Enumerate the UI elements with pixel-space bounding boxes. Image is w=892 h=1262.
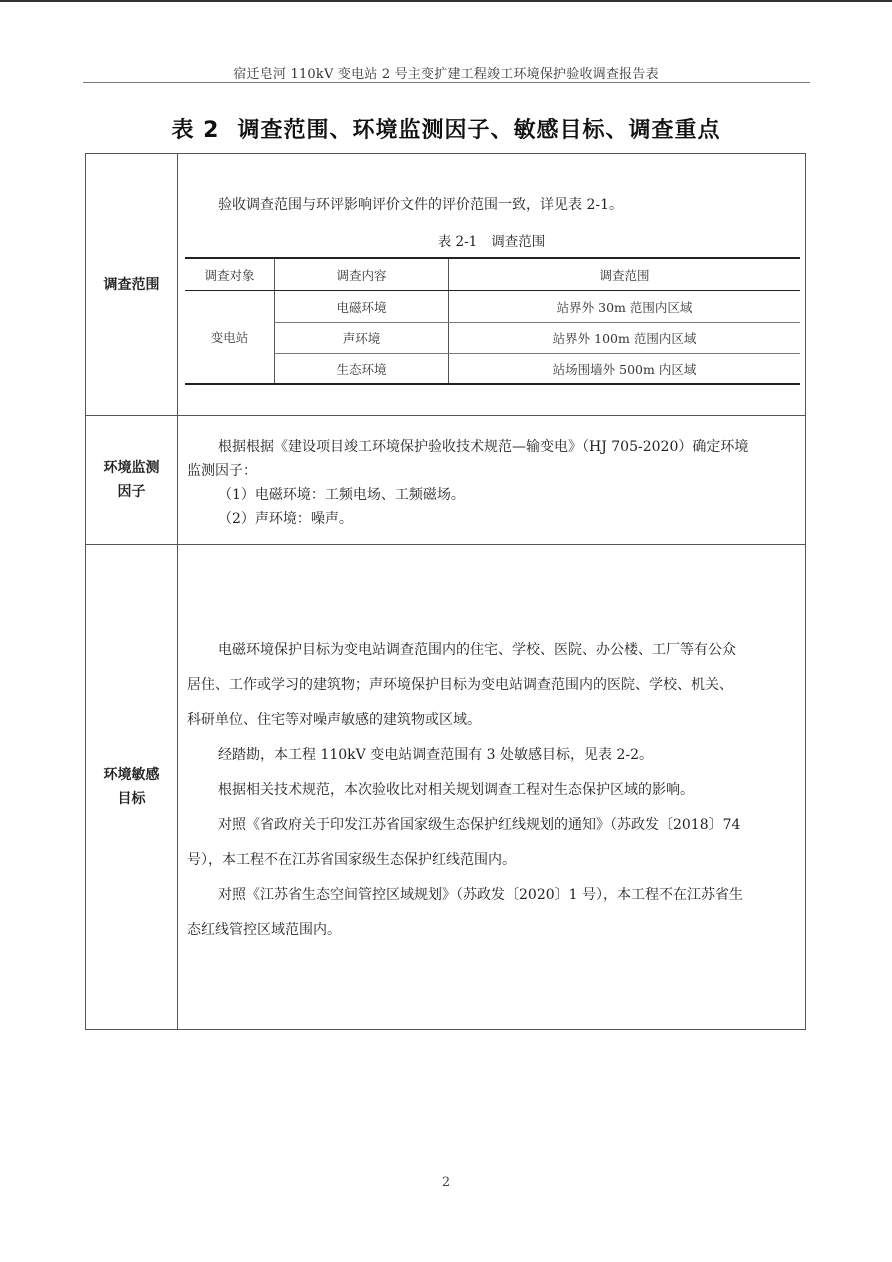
range-cell: 站场围墙外 500m 内区域 [448,354,800,383]
caption-title: 调查范围 [491,234,545,250]
label-line: 因子 [104,480,160,504]
content-cell: 电磁环境 [274,291,448,322]
table-row: 生态环境 站场围墙外 500m 内区域 [274,353,800,383]
sensitive-text-line: 根据相关技术规范，本次验收比对相关规划调查工程对生态保护区域的影响。 [218,779,694,799]
sensitive-text-line: 对照《省政府关于印发江苏省国家级生态保护红线规划的通知》（苏政发〔2018〕74 [218,814,740,834]
title-number: 表 2 [172,118,220,143]
row-body-monitoring-factors: 根据根据《建设项目竣工环境保护验收技术规范—输变电》（HJ 705-2020）确… [178,416,805,544]
header-divider [83,82,810,83]
content-cell: 生态环境 [274,354,448,383]
label-line: 目标 [104,787,160,811]
table-header-row: 调查对象 调查内容 调查范围 [185,259,800,291]
row-label-monitoring-factors: 环境监测 因子 [86,416,178,544]
header-survey-range: 调查范围 [448,259,800,290]
label-line: 环境敏感 [104,763,160,787]
scope-intro: 验收调查范围与环评影响评价文件的评价范围一致，详见表 2-1。 [218,194,623,214]
row-label-sensitive-targets: 环境敏感 目标 [86,545,178,1029]
monitoring-factor-noise: （2）声环境：噪声。 [218,508,353,528]
sensitive-text-line: 科研单位、住宅等对噪声敏感的建筑物或区域。 [187,709,481,729]
row-body-survey-scope: 验收调查范围与环评影响评价文件的评价范围一致，详见表 2-1。 表 2-1调查范… [178,154,805,415]
sensitive-text-line: 号），本工程不在江苏省国家级生态保护红线范围内。 [187,849,516,869]
monitoring-text-line: 根据根据《建设项目竣工环境保护验收技术规范—输变电》（HJ 705-2020）确… [218,436,748,456]
page-top-border [0,0,892,2]
caption-number: 表 2-1 [438,234,478,250]
table-2-1: 调查对象 调查内容 调查范围 变电站 电磁环境 站界外 30m 范围内区域 声环… [185,257,800,385]
row-survey-scope: 调查范围 验收调查范围与环评影响评价文件的评价范围一致，详见表 2-1。 表 2… [86,154,805,415]
table-row: 声环境 站界外 100m 范围内区域 [274,322,800,353]
survey-object-cell: 变电站 [185,291,274,383]
row-body-sensitive-targets: 电磁环境保护目标为变电站调查范围内的住宅、学校、医院、办公楼、工厂等有公众 居住… [178,545,805,1029]
range-cell: 站界外 100m 范围内区域 [448,323,800,353]
row-monitoring-factors: 环境监测 因子 根据根据《建设项目竣工环境保护验收技术规范—输变电》（HJ 70… [86,415,805,544]
label-text: 调查范围 [104,273,160,297]
label-line: 环境监测 [104,456,160,480]
title-text: 调查范围、环境监测因子、敏感目标、调查重点 [237,118,720,143]
sensitive-text-line: 态红线管控区域范围内。 [187,919,341,939]
row-label-survey-scope: 调查范围 [86,154,178,415]
main-table: 调查范围 验收调查范围与环评影响评价文件的评价范围一致，详见表 2-1。 表 2… [85,153,806,1030]
sensitive-text-line: 居住、工作或学习的建筑物；声环境保护目标为变电站调查范围内的医院、学校、机关、 [187,674,733,694]
table-2-1-caption: 表 2-1调查范围 [178,230,805,250]
table-body: 变电站 电磁环境 站界外 30m 范围内区域 声环境 站界外 100m 范围内区… [185,291,800,383]
table-row: 电磁环境 站界外 30m 范围内区域 [274,291,800,322]
table-rows: 电磁环境 站界外 30m 范围内区域 声环境 站界外 100m 范围内区域 生态… [274,291,800,383]
header-survey-content: 调查内容 [274,259,448,290]
page-title: 表 2调查范围、环境监测因子、敏感目标、调查重点 [0,113,892,144]
running-header: 宿迁皂河 110kV 变电站 2 号主变扩建工程竣工环境保护验收调查报告表 [0,63,892,82]
sensitive-text-line: 电磁环境保护目标为变电站调查范围内的住宅、学校、医院、办公楼、工厂等有公众 [218,639,736,659]
row-sensitive-targets: 环境敏感 目标 电磁环境保护目标为变电站调查范围内的住宅、学校、医院、办公楼、工… [86,544,805,1029]
sensitive-text-line: 经踏勘，本工程 110kV 变电站调查范围有 3 处敏感目标，见表 2-2。 [218,744,653,764]
sensitive-text-line: 对照《江苏省生态空间管控区域规划》（苏政发〔2020〕1 号），本工程不在江苏省… [218,884,743,904]
monitoring-text-line: 监测因子： [187,460,257,480]
range-cell: 站界外 30m 范围内区域 [448,291,800,322]
page-number: 2 [0,1175,892,1190]
content-cell: 声环境 [274,323,448,353]
monitoring-factor-em: （1）电磁环境：工频电场、工频磁场。 [218,484,465,504]
header-survey-object: 调查对象 [185,259,274,290]
